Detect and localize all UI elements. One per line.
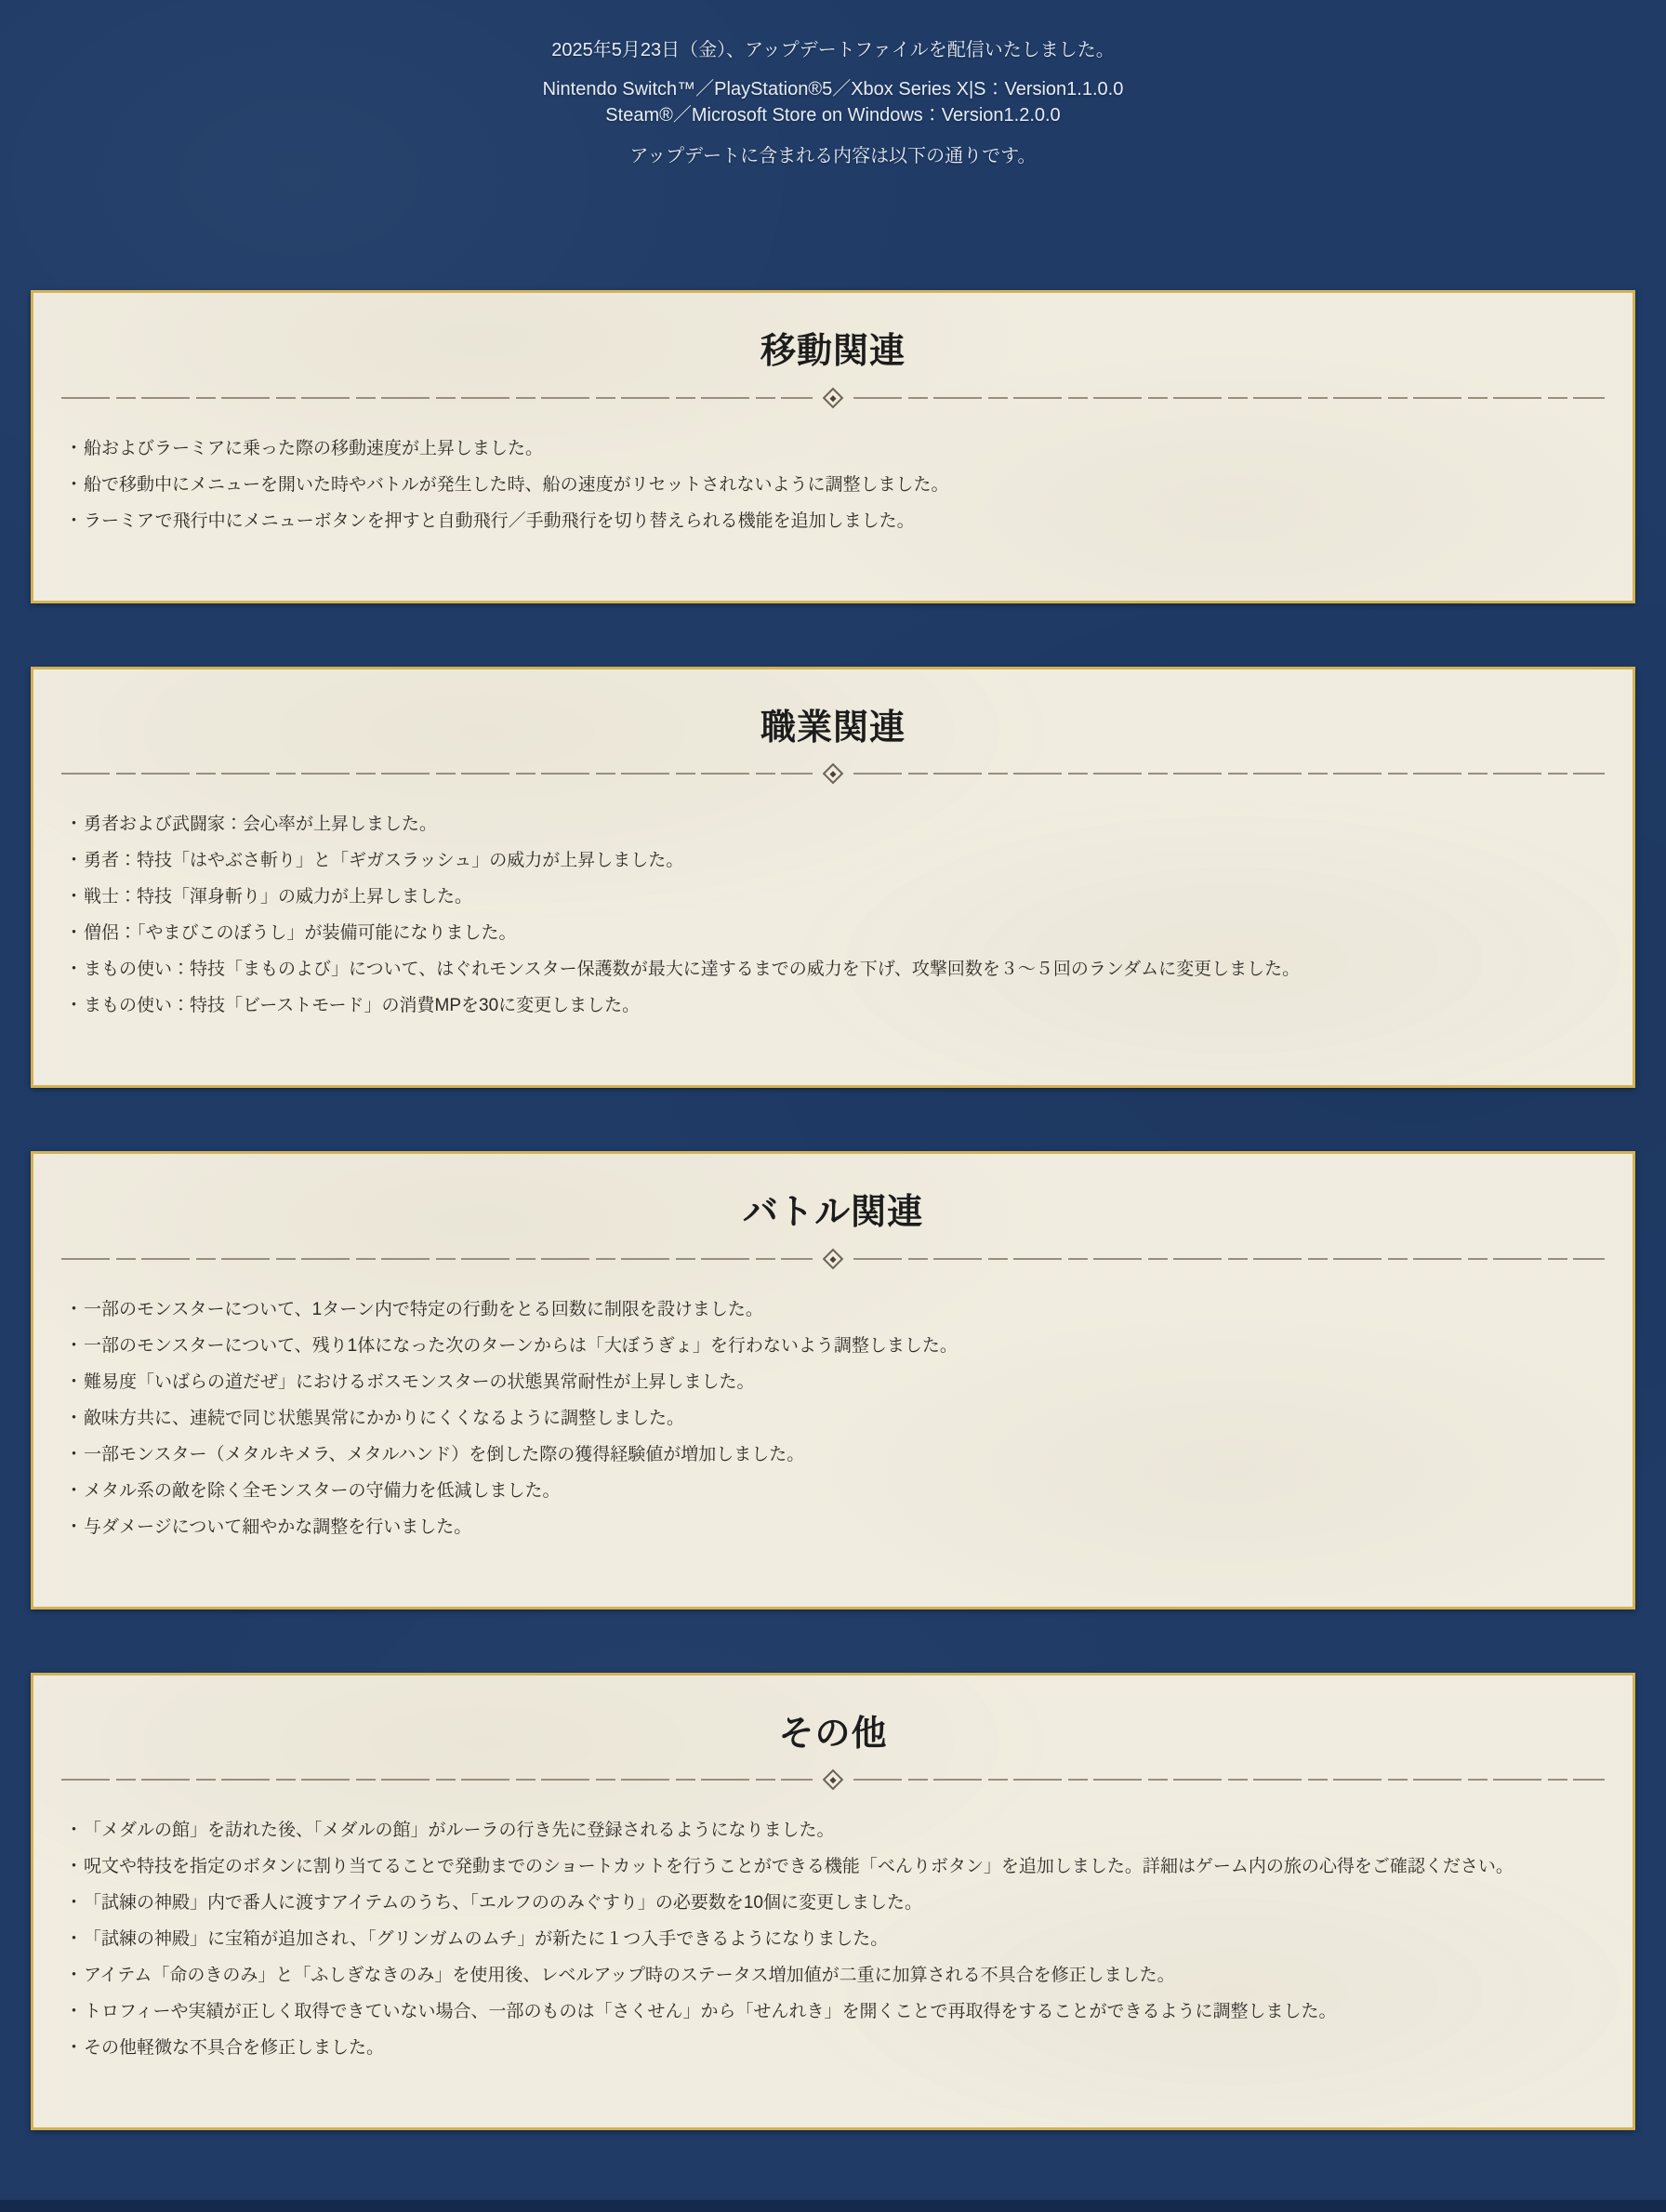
update-item: ・トロフィーや実績が正しく取得できていない場合、一部のものは「さくせん」から「せ… [65,1999,1605,2025]
update-date-line: 2025年5月23日（金）、アップデートファイルを配信いたしました。 [0,37,1666,63]
divider-line-left [61,773,813,775]
bullet-icon: ・ [65,921,83,947]
bullet-icon: ・ [65,1333,83,1359]
section-item-list: ・船およびラーミアに乗った際の移動速度が上昇しました。・船で移動中にメニューを開… [61,436,1605,535]
update-item: ・僧侶：「やまびこのぼうし」が装備可能になりました。 [65,921,1605,947]
section-item-list: ・一部のモンスターについて、1ターン内で特定の行動をとる回数に制限を設けました。… [61,1297,1605,1541]
bullet-icon: ・ [65,1406,83,1432]
bullet-icon: ・ [65,1370,83,1396]
update-item: ・与ダメージについて細やかな調整を行いました。 [65,1515,1605,1541]
bullet-icon: ・ [65,1442,83,1468]
bullet-icon: ・ [65,1927,83,1953]
update-item-text: 一部モンスター（メタルキメラ、メタルハンド）を倒した際の獲得経験値が増加しました… [84,1442,804,1468]
bullet-icon: ・ [65,1818,83,1844]
update-notes-page: 2025年5月23日（金）、アップデートファイルを配信いたしました。 Ninte… [0,0,1666,2212]
divider-dot [829,394,836,401]
section-item-list: ・勇者および武闘家：会心率が上昇しました。・勇者：特技「はやぶさ斬り」と「ギガス… [61,812,1605,1019]
update-item: ・敵味方共に、連続で同じ状態異常にかかりにくくなるように調整しました。 [65,1406,1605,1432]
update-item: ・アイテム「命のきのみ」と「ふしぎなきのみ」を使用後、レベルアップ時のステータス… [65,1963,1605,1989]
update-item-text: 船で移動中にメニューを開いた時やバトルが発生した時、船の速度がリセットされないよ… [84,472,948,498]
bullet-icon: ・ [65,812,83,838]
bullet-icon: ・ [65,1999,83,2025]
divider-diamond-icon [823,387,844,408]
divider-line-left [61,397,813,399]
divider-line-right [853,1779,1605,1781]
update-item: ・難易度「いばらの道だぜ」におけるボスモンスターの状態異常耐性が上昇しました。 [65,1370,1605,1396]
update-item-text: トロフィーや実績が正しく取得できていない場合、一部のものは「さくせん」から「せん… [84,1999,1336,2025]
update-item: ・船で移動中にメニューを開いた時やバトルが発生した時、船の速度がリセットされない… [65,472,1605,498]
update-item-text: 与ダメージについて細やかな調整を行いました。 [84,1515,471,1541]
intro-block: 2025年5月23日（金）、アップデートファイルを配信いたしました。 Ninte… [0,0,1666,169]
sections-container: 移動関連 ・船およびラーミアに乗った際の移動速度が上昇しました。・船で移動中にメ… [0,290,1666,2130]
section-panel: その他 ・「メダルの館」を訪れた後、「メダルの館」がルーラの行き先に登録されるよ… [31,1673,1635,2131]
divider-diamond-icon [823,1769,844,1791]
update-item-text: 呪文や特技を指定のボタンに割り当てることで発動までのショートカットを行うことがで… [84,1854,1514,1880]
divider-diamond-icon [823,1248,844,1269]
update-item-text: 「試練の神殿」内で番人に渡すアイテムのうち、「エルフののみぐすり」の必要数を10… [84,1890,922,1916]
bullet-icon: ・ [65,957,83,983]
update-item: ・「試練の神殿」に宝箱が追加され、「グリンガムのムチ」が新たに１つ入手できるよう… [65,1927,1605,1953]
contents-intro-line: アップデートに含まれる内容は以下の通りです。 [0,143,1666,169]
update-item: ・勇者および武闘家：会心率が上昇しました。 [65,812,1605,838]
bullet-icon: ・ [65,993,83,1019]
bullet-icon: ・ [65,1297,83,1323]
divider-line-left [61,1779,813,1781]
divider-dot [829,1255,836,1262]
bullet-icon: ・ [65,2035,83,2061]
divider-diamond-icon [823,763,844,785]
section-divider [61,1773,1605,1786]
section-divider [61,391,1605,404]
section-panel: 職業関連 ・勇者および武闘家：会心率が上昇しました。・勇者：特技「はやぶさ斬り」… [31,667,1635,1089]
update-item-text: 勇者および武闘家：会心率が上昇しました。 [84,812,437,838]
section-title: バトル関連 [61,1191,1605,1236]
bullet-icon: ・ [65,848,83,874]
section-panel-inner: 移動関連 ・船およびラーミアに乗った際の移動速度が上昇しました。・船で移動中にメ… [33,293,1633,601]
update-item-text: まもの使い：特技「ビーストモード」の消費MPを30に変更しました。 [84,993,640,1019]
bullet-icon: ・ [65,509,83,535]
section-title: 職業関連 [61,707,1605,751]
update-item: ・ラーミアで飛行中にメニューボタンを押すと自動飛行／手動飛行を切り替えられる機能… [65,509,1605,535]
update-item: ・一部モンスター（メタルキメラ、メタルハンド）を倒した際の獲得経験値が増加しまし… [65,1442,1605,1468]
section-title: その他 [61,1713,1605,1757]
update-item-text: その他軽微な不具合を修正しました。 [84,2035,384,2061]
update-item-text: 戦士：特技「渾身斬り」の威力が上昇しました。 [84,884,472,910]
update-item: ・一部のモンスターについて、残り1体になった次のターンからは「大ぼうぎょ」を行わ… [65,1333,1605,1359]
update-item-text: ラーミアで飛行中にメニューボタンを押すと自動飛行／手動飛行を切り替えられる機能を… [84,509,915,535]
section-divider [61,1252,1605,1265]
update-item: ・呪文や特技を指定のボタンに割り当てることで発動までのショートカットを行うことが… [65,1854,1605,1880]
version-line-consoles: Nintendo Switch™／PlayStation®5／Xbox Seri… [0,76,1666,102]
divider-dot [829,770,836,776]
update-item: ・船およびラーミアに乗った際の移動速度が上昇しました。 [65,436,1605,462]
update-item-text: 「試練の神殿」に宝箱が追加され、「グリンガムのムチ」が新たに１つ入手できるように… [84,1927,888,1953]
bullet-icon: ・ [65,1515,83,1541]
update-item-text: 勇者：特技「はやぶさ斬り」と「ギガスラッシュ」の威力が上昇しました。 [84,848,683,874]
bullet-icon: ・ [65,1478,83,1504]
update-item: ・まもの使い：特技「まものよび」について、はぐれモンスター保護数が最大に達するま… [65,957,1605,983]
update-item: ・まもの使い：特技「ビーストモード」の消費MPを30に変更しました。 [65,993,1605,1019]
bullet-icon: ・ [65,884,83,910]
update-item-text: アイテム「命のきのみ」と「ふしぎなきのみ」を使用後、レベルアップ時のステータス増… [84,1963,1175,1989]
divider-line-left [61,1258,813,1260]
update-item-text: メタル系の敵を除く全モンスターの守備力を低減しました。 [84,1478,560,1504]
update-item: ・その他軽微な不具合を修正しました。 [65,2035,1605,2061]
section-divider [61,767,1605,780]
section-title: 移動関連 [61,330,1605,375]
divider-line-right [853,773,1605,775]
section-panel-inner: 職業関連 ・勇者および武闘家：会心率が上昇しました。・勇者：特技「はやぶさ斬り」… [33,669,1633,1086]
update-item-text: 敵味方共に、連続で同じ状態異常にかかりにくくなるように調整しました。 [84,1406,684,1432]
update-item: ・「試練の神殿」内で番人に渡すアイテムのうち、「エルフののみぐすり」の必要数を1… [65,1890,1605,1916]
section-panel: バトル関連 ・一部のモンスターについて、1ターン内で特定の行動をとる回数に制限を… [31,1151,1635,1609]
bullet-icon: ・ [65,1963,83,1989]
update-item-text: 一部のモンスターについて、残り1体になった次のターンからは「大ぼうぎょ」を行わな… [84,1333,958,1359]
update-item-text: 「メダルの館」を訪れた後、「メダルの館」がルーラの行き先に登録されるようになりま… [84,1818,835,1844]
update-item-text: 一部のモンスターについて、1ターン内で特定の行動をとる回数に制限を設けました。 [84,1297,763,1323]
update-item-text: 船およびラーミアに乗った際の移動速度が上昇しました。 [84,436,543,462]
footer-strip [0,2200,1666,2212]
update-item-text: 僧侶：「やまびこのぼうし」が装備可能になりました。 [84,921,517,947]
update-item: ・「メダルの館」を訪れた後、「メダルの館」がルーラの行き先に登録されるようになり… [65,1818,1605,1844]
bullet-icon: ・ [65,1890,83,1916]
bullet-icon: ・ [65,1854,83,1880]
section-panel-inner: その他 ・「メダルの館」を訪れた後、「メダルの館」がルーラの行き先に登録されるよ… [33,1676,1633,2128]
divider-line-right [853,397,1605,399]
divider-dot [829,1776,836,1782]
section-panel-inner: バトル関連 ・一部のモンスターについて、1ターン内で特定の行動をとる回数に制限を… [33,1154,1633,1607]
update-item-text: 難易度「いばらの道だぜ」におけるボスモンスターの状態異常耐性が上昇しました。 [84,1370,754,1396]
bullet-icon: ・ [65,472,83,498]
bullet-icon: ・ [65,436,83,462]
update-item: ・一部のモンスターについて、1ターン内で特定の行動をとる回数に制限を設けました。 [65,1297,1605,1323]
update-item: ・メタル系の敵を除く全モンスターの守備力を低減しました。 [65,1478,1605,1504]
section-item-list: ・「メダルの館」を訪れた後、「メダルの館」がルーラの行き先に登録されるようになり… [61,1818,1605,2061]
update-item: ・勇者：特技「はやぶさ斬り」と「ギガスラッシュ」の威力が上昇しました。 [65,848,1605,874]
update-item: ・戦士：特技「渾身斬り」の威力が上昇しました。 [65,884,1605,910]
section-panel: 移動関連 ・船およびラーミアに乗った際の移動速度が上昇しました。・船で移動中にメ… [31,290,1635,603]
divider-line-right [853,1258,1605,1260]
version-line-pc: Steam®／Microsoft Store on Windows：Versio… [0,102,1666,128]
update-item-text: まもの使い：特技「まものよび」について、はぐれモンスター保護数が最大に達するまで… [84,957,1300,983]
